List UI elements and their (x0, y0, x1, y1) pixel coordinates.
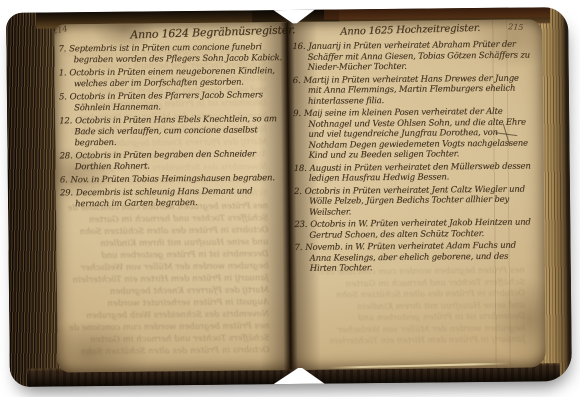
register-entry: 23.Octobris in W. Prüten verheiratet Jak… (294, 217, 536, 241)
register-entry: 6.Martij in Prüten verheiratet Hans Drew… (293, 73, 535, 107)
register-entry: 16.Januarij in Prüten verheiratet Abraha… (292, 39, 534, 73)
register-entry: 2.Octobris in Prüten verheiratet Jent Ca… (294, 184, 536, 218)
open-pages: nes Prüten begraben worden cum concione … (54, 19, 546, 372)
photo-backdrop: { "book": { "description": "Opened antiq… (0, 0, 580, 397)
register-entry: 1.Octobris in Prüten einem neugeborenen … (59, 66, 283, 90)
register-book: nes Prüten begraben worden cum concione … (6, 7, 572, 387)
register-entry: 29.Decembris ist schleunig Hans Demant u… (60, 186, 284, 210)
ink-bleedthrough-right-lower: nes Prüten begraben worden cum concione … (297, 266, 526, 349)
right-page-entries: 16.Januarij in Prüten verheiratet Abraha… (292, 39, 536, 276)
margin-cross-mark (495, 124, 517, 146)
register-entry: 5.Octobris in Prüten des Pfarrers Jacob … (59, 90, 283, 114)
book-fore-edge-left (6, 12, 62, 387)
register-entry: 28.Octobris in Prüten begraben den Schne… (60, 149, 284, 173)
register-entry: 12.Octobris in Prüten Hans Ebels Knechtl… (59, 114, 283, 149)
page-number-right: 215 (508, 22, 524, 32)
left-page-entries: 7.Septembris ist in Prüten cum concione … (58, 42, 284, 212)
register-entry: 18.Augusti in Prüten verheiratet den Mül… (294, 161, 536, 185)
ink-bleedthrough-left-lower: nes Prüten begraben worden cum concione … (68, 200, 270, 358)
register-entry: 6.Nov. in Prüten Tobias Heimingshausen b… (60, 173, 284, 186)
register-entry: 7.Septembris ist in Prüten cum concione … (58, 42, 282, 66)
register-entry: 7.Novemb. in W. Prüten verheiratet Adam … (294, 240, 536, 274)
